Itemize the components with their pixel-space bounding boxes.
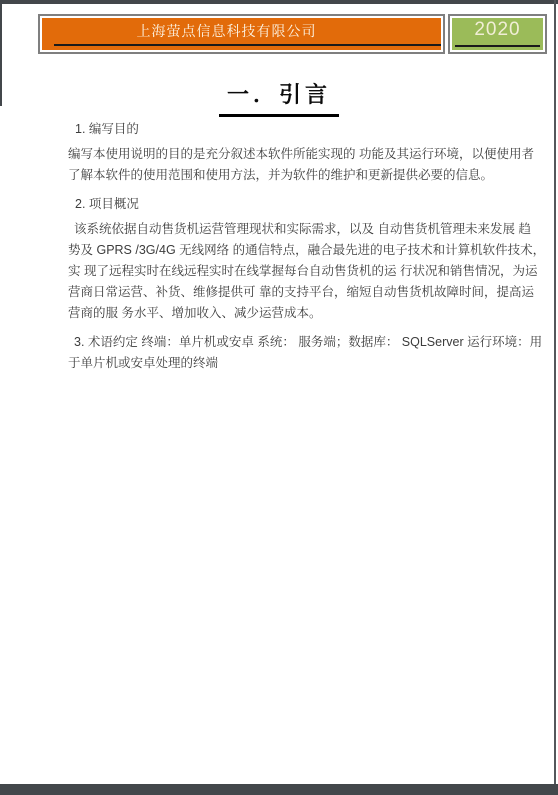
text-line: 该系统依据自动售货机运营管理现状和实际需求，以及 自动售货机管理未来发展 趋	[68, 219, 492, 240]
company-banner: 上海萤点信息科技有限公司	[38, 14, 445, 54]
text-line: 营商的服 务水平、增加收入、减少运营成本。	[68, 303, 492, 324]
text-line: 编写本使用说明的目的是充分叙述本软件所能实现的 功能及其运行环境，以便使用者	[68, 144, 492, 165]
page-title-text: 一．引言	[219, 78, 339, 117]
document-page: 上海萤点信息科技有限公司 2020 一．引言 1. 编写目的 编写本使用说明的目…	[0, 0, 558, 795]
year-rule	[455, 45, 540, 47]
text-line: 于单片机或安卓处理的终端	[68, 353, 492, 374]
paragraph-terminology: 3. 术语约定 终端：单片机或安卓 系统： 服务端；数据库： SQLServer…	[68, 332, 492, 374]
paragraph-overview: 该系统依据自动售货机运营管理现状和实际需求，以及 自动售货机管理未来发展 趋 势…	[68, 219, 492, 324]
window-top-edge	[0, 0, 558, 4]
window-right-edge	[554, 0, 556, 795]
header-rule	[54, 44, 441, 46]
text-line: 3. 术语约定 终端：单片机或安卓 系统： 服务端；数据库： SQLServer…	[68, 332, 492, 353]
text-line: 实 现了远程实时在线远程实时在线掌握每台自动售货机的运 行状况和销售情况，为运	[68, 261, 492, 282]
subsection-heading-1: 1. 编写目的	[68, 119, 492, 140]
text-line: 了解本软件的使用范围和使用方法，并为软件的维护和更新提供必要的信息。	[68, 165, 492, 186]
subsection-heading-2: 2. 项目概况	[68, 194, 492, 215]
paragraph-purpose: 编写本使用说明的目的是充分叙述本软件所能实现的 功能及其运行环境，以便使用者 了…	[68, 144, 492, 186]
text-line: 营商日常运营、补货、维修提供可 靠的支持平台，缩短自动售货机故障时间，提高运	[68, 282, 492, 303]
document-body: 1. 编写目的 编写本使用说明的目的是充分叙述本软件所能实现的 功能及其运行环境…	[68, 114, 492, 382]
page-title: 一．引言	[0, 73, 558, 117]
page-header: 上海萤点信息科技有限公司 2020	[38, 14, 547, 54]
window-bottom-edge	[0, 784, 558, 795]
year-badge: 2020	[448, 14, 547, 54]
text-line: 势及 GPRS /3G/4G 无线网络 的通信特点，融合最先进的电子技术和计算机…	[68, 240, 492, 261]
